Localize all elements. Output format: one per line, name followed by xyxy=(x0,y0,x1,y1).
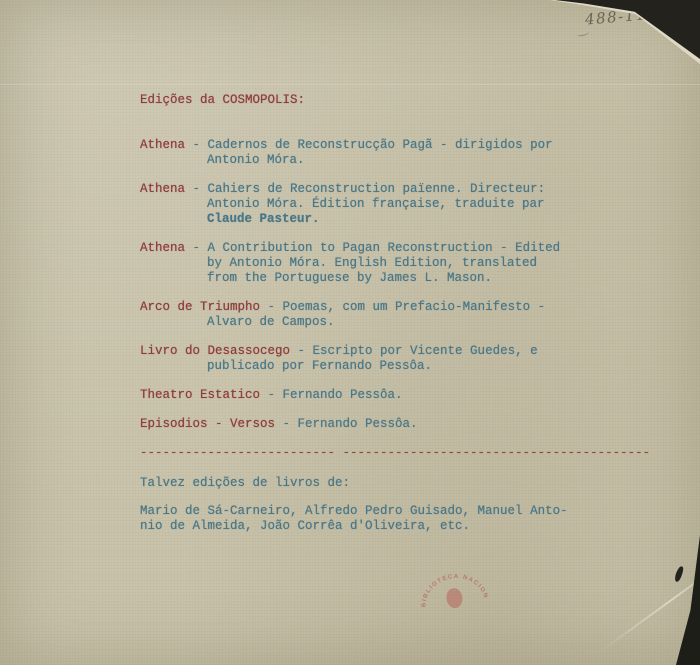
entry-continuation: by Antonio Móra. English Edition, transl… xyxy=(140,256,670,271)
list-entry: Athena - Cahiers de Reconstruction païen… xyxy=(140,182,670,227)
typewritten-content: Edições da COSMOPOLIS: Athena - Cadernos… xyxy=(140,93,670,534)
entry-label: Athena xyxy=(140,241,185,255)
list-entry: Athena - A Contribution to Pagan Reconst… xyxy=(140,241,670,286)
entry-continuation: Alvaro de Campos. xyxy=(140,315,670,330)
paper-crease-horizontal xyxy=(0,84,700,85)
list-entry: Livro do Desassocego - Escripto por Vice… xyxy=(140,344,670,374)
entry-continuation: publicado por Fernando Pessôa. xyxy=(140,359,670,374)
entry-label: Livro do Desassocego xyxy=(140,344,290,358)
entry-text: - Cahiers de Reconstruction païenne. Dir… xyxy=(185,182,545,196)
entry-label: Arco de Triumpho xyxy=(140,300,260,314)
entry-text: - Escripto por Vicente Guedes, e xyxy=(290,344,538,358)
entry-label: Athena xyxy=(140,138,185,152)
entry-text: - Cadernos de Reconstrucção Pagã - dirig… xyxy=(185,138,553,152)
entry-continuation: Antonio Móra. Édition française, traduit… xyxy=(140,197,670,212)
torn-corner-background xyxy=(555,0,700,59)
entry-text: - A Contribution to Pagan Reconstruction… xyxy=(185,241,560,255)
entry-label: Theatro Estatico xyxy=(140,388,260,402)
entry-text: - Fernando Pessôa. xyxy=(275,417,418,431)
list-entry: Athena - Cadernos de Reconstrucção Pagã … xyxy=(140,138,670,168)
entry-continuation: from the Portuguese by James L. Mason. xyxy=(140,271,670,286)
list-entry: Episodios - Versos - Fernando Pessôa. xyxy=(140,417,670,432)
entry-text: - Poemas, com um Prefacio-Manifesto - xyxy=(260,300,545,314)
paper-blemish xyxy=(674,565,685,582)
pencil-mark xyxy=(577,29,590,37)
entry-continuation: Claude Pasteur. xyxy=(140,212,670,227)
footer-names-line: Mario de Sá-Carneiro, Alfredo Pedro Guis… xyxy=(140,504,670,519)
entry-label: Episodios - Versos xyxy=(140,417,275,431)
scanned-paper: Edições da COSMOPOLIS: Athena - Cadernos… xyxy=(0,0,700,665)
footer-heading: Talvez edições de livros de: xyxy=(140,476,670,491)
entry-text: - Fernando Pessôa. xyxy=(260,388,403,402)
bottom-right-background xyxy=(676,535,700,665)
library-stamp-icon: BIBLIOTECA NACIONAL xyxy=(412,558,498,632)
dashed-divider: -------------------------- -------------… xyxy=(140,446,670,461)
entry-continuation: Antonio Móra. xyxy=(140,153,670,168)
document-title: Edições da COSMOPOLIS: xyxy=(140,93,670,108)
list-entry: Arco de Triumpho - Poemas, com um Prefac… xyxy=(140,300,670,330)
list-entry: Theatro Estatico - Fernando Pessôa. xyxy=(140,388,670,403)
footer-names-line: nio de Almeida, João Corrêa d'Oliveira, … xyxy=(140,519,670,534)
entry-label: Athena xyxy=(140,182,185,196)
